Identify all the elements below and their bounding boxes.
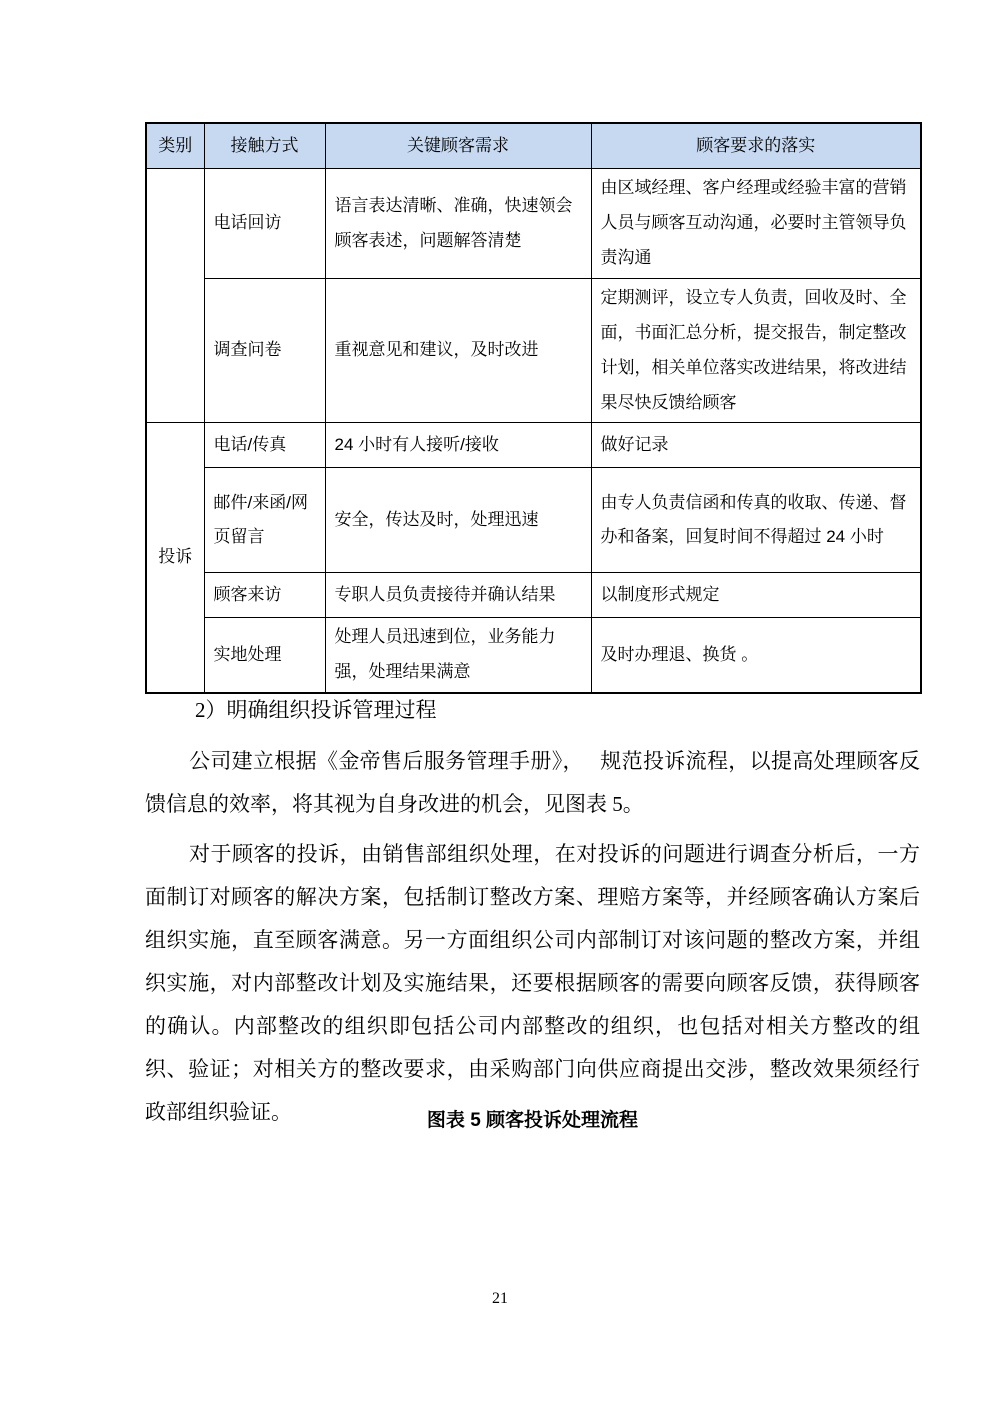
category-cell-complaint: 投诉	[146, 423, 204, 693]
paragraph-complaint-handling: 对于顾客的投诉，由销售部组织处理，在对投诉的问题进行调查分析后，一方面制订对顾客…	[145, 833, 920, 1134]
table-header-row: 类别 接触方式 关键顾客需求 顾客要求的落实	[146, 123, 921, 169]
category-cell-empty	[146, 169, 204, 423]
need-cell: 24 小时有人接听/接收	[325, 423, 591, 468]
table-row: 调查问卷 重视意见和建议，及时改进 定期测评，设立专人负责，回收及时、全面，书面…	[146, 279, 921, 423]
header-category: 类别	[146, 123, 204, 169]
need-cell: 安全，传达及时，处理迅速	[325, 468, 591, 573]
action-cell: 由区域经理、客户经理或经验丰富的营销人员与顾客互动沟通，必要时主管领导负责沟通	[591, 169, 921, 279]
page-number: 21	[0, 1290, 1000, 1308]
method-cell: 电话/传真	[204, 423, 325, 468]
document-page: 类别 接触方式 关键顾客需求 顾客要求的落实 电话回访 语言表达清晰、准确，快速…	[0, 0, 1000, 1414]
action-cell: 以制度形式规定	[591, 573, 921, 618]
section-heading: 2）明确组织投诉管理过程	[145, 695, 920, 725]
header-contact-method: 接触方式	[204, 123, 325, 169]
method-cell: 电话回访	[204, 169, 325, 279]
paragraph-complaint-process: 公司建立根据《金帝售后服务管理手册》， 规范投诉流程，以提高处理顾客反馈信息的效…	[145, 740, 920, 826]
table-row: 邮件/来函/网页留言 安全，传达及时，处理迅速 由专人负责信函和传真的收取、传递…	[146, 468, 921, 573]
action-cell: 及时办理退、换货 。	[591, 618, 921, 693]
action-cell: 由专人负责信函和传真的收取、传递、督办和备案，回复时间不得超过 24 小时	[591, 468, 921, 573]
action-cell: 做好记录	[591, 423, 921, 468]
need-cell: 专职人员负责接待并确认结果	[325, 573, 591, 618]
table-row: 电话回访 语言表达清晰、准确，快速领会顾客表述，问题解答清楚 由区域经理、客户经…	[146, 169, 921, 279]
table-row: 实地处理 处理人员迅速到位，业务能力强，处理结果满意 及时办理退、换货 。	[146, 618, 921, 693]
header-requirement-action: 顾客要求的落实	[591, 123, 921, 169]
method-cell: 顾客来访	[204, 573, 325, 618]
table-row: 顾客来访 专职人员负责接待并确认结果 以制度形式规定	[146, 573, 921, 618]
need-cell: 处理人员迅速到位，业务能力强，处理结果满意	[325, 618, 591, 693]
method-cell: 实地处理	[204, 618, 325, 693]
need-cell: 重视意见和建议，及时改进	[325, 279, 591, 423]
table-row: 投诉 电话/传真 24 小时有人接听/接收 做好记录	[146, 423, 921, 468]
method-cell: 调查问卷	[204, 279, 325, 423]
figure-caption: 图表 5 顾客投诉处理流程	[145, 1105, 920, 1132]
customer-contact-table: 类别 接触方式 关键顾客需求 顾客要求的落实 电话回访 语言表达清晰、准确，快速…	[145, 122, 922, 694]
need-cell: 语言表达清晰、准确，快速领会顾客表述，问题解答清楚	[325, 169, 591, 279]
header-key-need: 关键顾客需求	[325, 123, 591, 169]
action-cell: 定期测评，设立专人负责，回收及时、全面，书面汇总分析，提交报告，制定整改计划，相…	[591, 279, 921, 423]
method-cell: 邮件/来函/网页留言	[204, 468, 325, 573]
